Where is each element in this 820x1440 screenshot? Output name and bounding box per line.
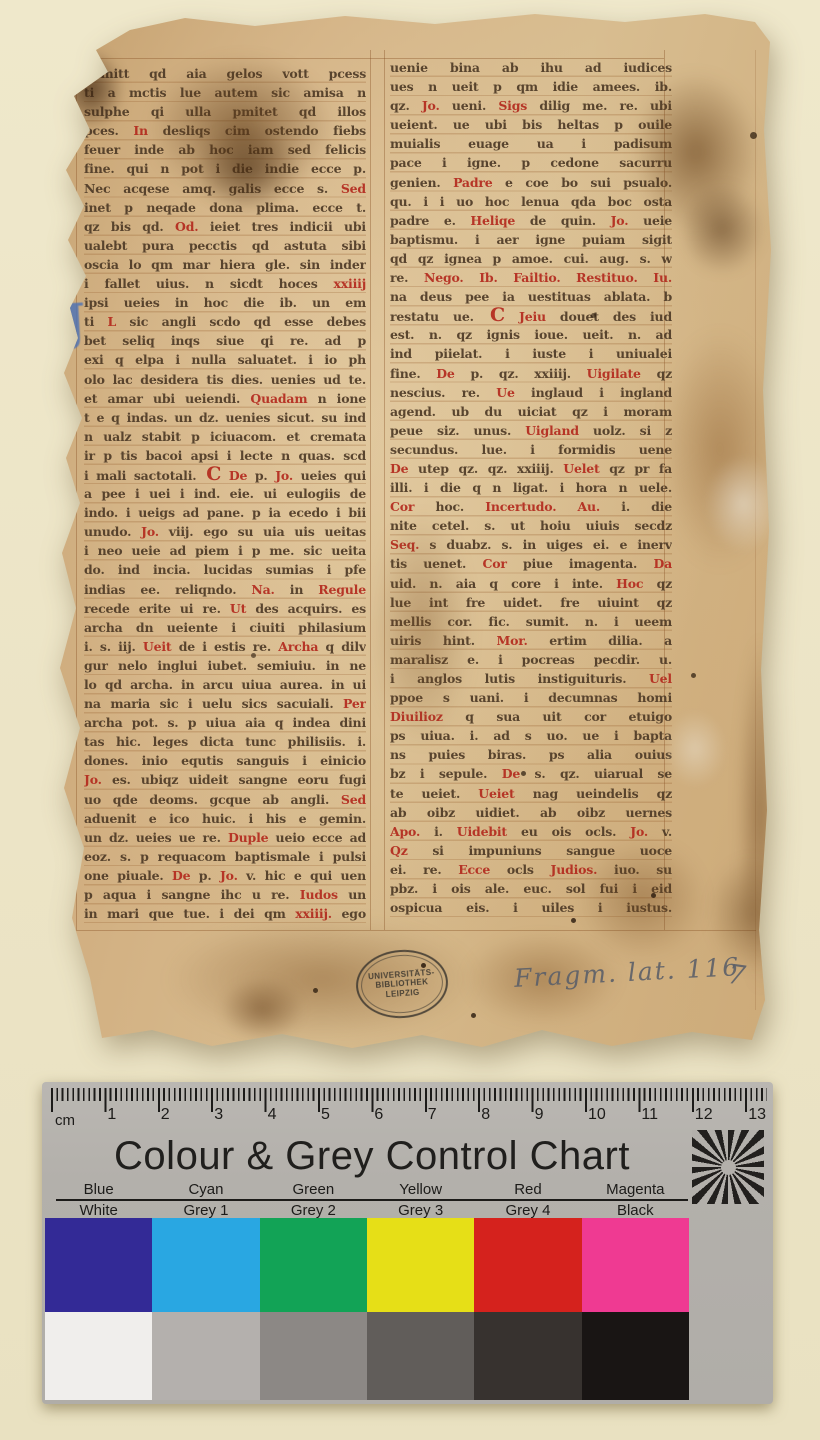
- manuscript-text-line: ab oibz uidiet. ab oibz uernes: [390, 803, 672, 822]
- manuscript-text-line: indo. i ueigs ad pane. p ia ecedo i bii: [84, 503, 366, 522]
- manuscript-text-line: oscia lo qm mar hiera gle. sin inder: [84, 255, 366, 274]
- calibration-swatch: [474, 1312, 581, 1400]
- manuscript-text-line: gur nelo inglui iubet. semiuiu. in ne: [84, 656, 366, 675]
- manuscript-text-line: ti L sic angli scdo qd esse debes: [84, 312, 366, 331]
- manuscript-text-line: agend. ub du uiciat qz i moram: [390, 402, 672, 421]
- manuscript-text-line: est. n. qz ignis ioue. ueit. n. ad: [390, 325, 672, 344]
- manuscript-text-line: ns puies biras. ps alia ouius: [390, 745, 672, 764]
- calibration-swatch: [582, 1218, 689, 1312]
- manuscript-text-line: sulphe qi ulla pmitet qd illos: [84, 102, 366, 121]
- shelfmark-annotation: Fragm. lat. 116: [513, 952, 741, 993]
- stain: [662, 164, 782, 294]
- manuscript-text-line: tis uenet. Cor piue imagenta. Da: [390, 554, 672, 573]
- manuscript-text-line: i. s. iij. Ueit de i estis re. Archa q d…: [84, 637, 366, 656]
- manuscript-text-line: lo qd archa. in arcu uiua aurea. in ui: [84, 675, 366, 694]
- scuff-light: [688, 434, 798, 574]
- manuscript-text-line: Jo. es. ubiqz uideit sangne eoru fugi: [84, 770, 366, 789]
- ruling-line-horizontal: [76, 930, 756, 931]
- manuscript-text-line: genien. Padre e coe bo sui psualo.: [390, 173, 672, 192]
- color-label-row: BlueCyanGreenYellowRedMagenta: [45, 1181, 689, 1198]
- swatch-label: Grey 4: [474, 1202, 581, 1219]
- manuscript-text-line: te ueiet. Ueiet nag ueindelis qz: [390, 784, 672, 803]
- color-swatch-row: [45, 1218, 689, 1312]
- manuscript-text-line: bet seliq inqs siue qi re. ad p: [84, 331, 366, 350]
- manuscript-text-line: Diuilioz q sua uit cor etuigo: [390, 707, 672, 726]
- manuscript-text-line: qz bis qd. Od. ieiet tres indicii ubi: [84, 217, 366, 236]
- manuscript-text-line: fine. De p. qz. xxiiij. Uigilate qz: [390, 364, 672, 383]
- manuscript-text-line: secundus. lue. i formidis uene: [390, 440, 672, 459]
- stain: [202, 964, 322, 1054]
- manuscript-text-line: un dz. ueies ue re. Duple ueio ecce ad: [84, 828, 366, 847]
- calibration-swatch: [152, 1312, 259, 1400]
- manuscript-text-line: qu. i i uo hoc lenua qda boc osta: [390, 192, 672, 211]
- ruler-unit-label: cm: [55, 1112, 75, 1129]
- ruler-number: 5: [321, 1106, 330, 1124]
- manuscript-text-line: muialis euage ua i padisum: [390, 134, 672, 153]
- blue-initial: J: [60, 291, 87, 351]
- manuscript-text-line: Cor hoc. Incertudo. Au. i. die: [390, 497, 672, 516]
- ruler-number: 4: [268, 1106, 277, 1124]
- manuscript-text-line: fine. qui n pot i die indie ecce p.: [84, 159, 366, 178]
- manuscript-text-line: dones. inio equtis sanguis i einicio: [84, 751, 366, 770]
- manuscript-text-line: in mari que tue. i dei qm xxiiij. ego: [84, 904, 366, 923]
- manuscript-text-line: one piuale. De p. Jo. v. hic e qui uen: [84, 866, 366, 885]
- manuscript-text-line: ind piielat. i iuste i uniualei: [390, 344, 672, 363]
- manuscript-text-line: ei. re. Ecce ocls Judios. iuo. su: [390, 860, 672, 879]
- ruling-line-vertical: [370, 50, 371, 930]
- manuscript-text-line: na deus pee ia uestituas ablata. b: [390, 287, 672, 306]
- manuscript-text-line: et amar ubi ueiendi. Quadam n ione: [84, 389, 366, 408]
- calibration-swatch: [45, 1312, 152, 1400]
- manuscript-text-line: ppoe s uani. i decumnas homi: [390, 688, 672, 707]
- ruler-number: 11: [641, 1106, 658, 1124]
- colour-grey-control-chart: cm 12345678910111213 Colour & Grey Contr…: [42, 1082, 773, 1404]
- manuscript-text-line: ipsi ueies in hoc die ib. un em: [84, 293, 366, 312]
- manuscript-text-line: uo qde deoms. gcque ab angli. Sed: [84, 790, 366, 809]
- ruling-line-vertical: [755, 50, 756, 1010]
- manuscript-text-line: i anglos lutis instiguituris. Uel: [390, 669, 672, 688]
- manuscript-text-line: illi. i die q n ligat. i hora n uele.: [390, 478, 672, 497]
- manuscript-text-line: uid. n. aia q core i inte. Hoc qz: [390, 574, 672, 593]
- manuscript-text-line: bz i sepule. De s. qz. uiarual se: [390, 764, 672, 783]
- manuscript-text-line: De utep qz. qz. xxiiij. Uelet qz pr fa: [390, 459, 672, 478]
- swatch-label: White: [45, 1202, 152, 1219]
- siemens-star-icon: [692, 1130, 764, 1204]
- manuscript-text-line: ps uiua. i. ad s uo. ue i bapta: [390, 726, 672, 745]
- manuscript-text-line: unudo. Jo. viij. ego su uia uis ueitas: [84, 522, 366, 541]
- swatch-label: Red: [474, 1181, 581, 1198]
- swatch-label: Grey 3: [367, 1202, 474, 1219]
- manuscript-text-line: i fallet uius. n sicdt hoces xxiiij: [84, 274, 366, 293]
- calibration-swatch: [45, 1218, 152, 1312]
- manuscript-text-line: uiris hint. Mor. ertim dilia. a: [390, 631, 672, 650]
- manuscript-text-line: maralisz e. i pocreas pecdir. u.: [390, 650, 672, 669]
- manuscript-text-line: Qz si impuniuns sangue uoce: [390, 841, 672, 860]
- manuscript-text-line: ualebt pura pecctis qd astuta sibi: [84, 236, 366, 255]
- manuscript-text-line: Apo. i. Uidebit eu ois ocls. Jo. v.: [390, 822, 672, 841]
- manuscript-text-line: baptismu. i aer igne puiam sigit: [390, 230, 672, 249]
- label-separator-line: [56, 1199, 688, 1201]
- ruling-line-vertical: [384, 50, 385, 930]
- ruler-ticks-cm: [51, 1088, 767, 1112]
- stamp-line: UNIVERSITÄTS-: [368, 967, 435, 981]
- manuscript-column-right: uenie bina ab ihu ad iudicesues n ueit p…: [390, 58, 672, 917]
- manuscript-text-line: ueient. ue ubi bis heltas p ouile: [390, 115, 672, 134]
- manuscript-text-line: pces. In desliqs cim ostendo fiebs: [84, 121, 366, 140]
- ruler-number: 8: [481, 1106, 490, 1124]
- calibration-swatch: [367, 1218, 474, 1312]
- swatch-label: Grey 2: [260, 1202, 367, 1219]
- leaf-number-annotation: 7: [726, 959, 747, 992]
- ruler-number: 13: [748, 1106, 766, 1124]
- manuscript-text-line: pbz. i ois ale. euc. sol fui i eid: [390, 879, 672, 898]
- calibration-swatch: [474, 1218, 581, 1312]
- manuscript-text-line: exi q elpa i nulla saluatet. i io ph: [84, 350, 366, 369]
- manuscript-text-line: a pee i uei i ind. eie. ui eulogiis de: [84, 484, 366, 503]
- manuscript-text-line: indias ee. reliqndo. Na. in Regule: [84, 580, 366, 599]
- stamp-line: LEIPZIG: [385, 988, 420, 1000]
- calibration-swatch: [367, 1312, 474, 1400]
- calibration-swatch: [582, 1312, 689, 1400]
- ruler-number: 12: [695, 1106, 713, 1124]
- manuscript-text-line: archa pot. s. p uiua aia q indea dini: [84, 713, 366, 732]
- manuscript-text-line: p aqua i sangne ihc u re. Iudos un: [84, 885, 366, 904]
- parchment-fragment: admitt qd aia gelos vott pcessti a mctis…: [52, 14, 772, 1050]
- ruler-number: 1: [107, 1106, 116, 1124]
- manuscript-column-left: admitt qd aia gelos vott pcessti a mctis…: [84, 64, 366, 923]
- library-stamp: UNIVERSITÄTS- BIBLIOTHEK LEIPZIG: [354, 947, 451, 1021]
- grey-label-row: WhiteGrey 1Grey 2Grey 3Grey 4Black: [45, 1202, 689, 1219]
- swatch-label: Cyan: [152, 1181, 259, 1198]
- stamp-line: BIBLIOTHEK: [375, 977, 428, 990]
- manuscript-text-line: olo lac desidera tis dies. uenies ud te.: [84, 370, 366, 389]
- chart-title: Colour & Grey Control Chart: [52, 1134, 692, 1179]
- ruler-number: 9: [535, 1106, 544, 1124]
- manuscript-text-line: mellis cor. fic. sumit. n. i ueem: [390, 612, 672, 631]
- parchment-surface: admitt qd aia gelos vott pcessti a mctis…: [52, 14, 772, 1050]
- manuscript-text-line: inet p neqade dona plima. ecce t.: [84, 198, 366, 217]
- ink-specks: [52, 14, 55, 17]
- manuscript-text-line: re. Nego. Ib. Failtio. Restituo. Iu.: [390, 268, 672, 287]
- manuscript-text-line: i mali sactotali. C De p. Jo. ueies qui: [84, 465, 366, 484]
- manuscript-text-line: i neo ueie ad piem i p me. sic ueita: [84, 541, 366, 560]
- manuscript-text-line: eoz. s. p requacom baptismale i pulsi: [84, 847, 366, 866]
- manuscript-text-line: qd qz ignea p amoe. cui. aug. s. w: [390, 249, 672, 268]
- manuscript-text-line: peue siz. unus. Uigland uolz. si z: [390, 421, 672, 440]
- calibration-swatch: [152, 1218, 259, 1312]
- manuscript-text-line: t e q indas. un dz. uenies sicut. su ind: [84, 408, 366, 427]
- manuscript-text-line: feuer inde ab hoc iam sed felicis: [84, 140, 366, 159]
- manuscript-text-line: Seq. s duabz. s. in uiges ei. e inerv: [390, 535, 672, 554]
- manuscript-text-line: ospicua eis. i uiles i iustus.: [390, 898, 672, 917]
- manuscript-text-line: ues n ueit p qm idie amees. ib.: [390, 77, 672, 96]
- swatch-label: Grey 1: [152, 1202, 259, 1219]
- manuscript-text-line: nite cetel. s. ut hoiu uiuis secdz: [390, 516, 672, 535]
- manuscript-text-line: uenie bina ab ihu ad iudices: [390, 58, 672, 77]
- manuscript-text-line: aduenit e ico huic. i his e gemin.: [84, 809, 366, 828]
- manuscript-text-line: recede erite ui re. Ut des acquirs. es: [84, 599, 366, 618]
- ruler-number: 10: [588, 1106, 606, 1124]
- ruler-number: 7: [428, 1106, 437, 1124]
- manuscript-text-line: ti a mctis lue autem sic amisa n: [84, 83, 366, 102]
- manuscript-text-line: qz. Jo. ueni. Sigs dilig me. re. ubi: [390, 96, 672, 115]
- manuscript-text-line: padre e. Heliqe de quin. Jo. ueie: [390, 211, 672, 230]
- swatch-label: Black: [582, 1202, 689, 1219]
- ruling-line-vertical: [76, 50, 77, 930]
- grey-swatch-row: [45, 1312, 689, 1400]
- calibration-swatch: [260, 1218, 367, 1312]
- digitized-manuscript-photo: { "manuscript": { "stamp": { "lines": ["…: [0, 0, 820, 1440]
- calibration-swatch: [260, 1312, 367, 1400]
- manuscript-text-line: na maria sic i uelu sics sacuiali. Per: [84, 694, 366, 713]
- ruler-number: 2: [161, 1106, 170, 1124]
- manuscript-text-line: n ualz stabit p iciuacom. et cremata: [84, 427, 366, 446]
- manuscript-text-line: lue int fre uidet. fre uiuint qz: [390, 593, 672, 612]
- ruler-number: 3: [214, 1106, 223, 1124]
- manuscript-text-line: nescius. re. Ue inglaud i ingland: [390, 383, 672, 402]
- manuscript-text-line: restatu ue. C Jeiu douet des iud: [390, 306, 672, 325]
- manuscript-text-line: pace i igne. p cedone sacurru: [390, 153, 672, 172]
- manuscript-text-line: Nec acqese amq. galis ecce s. Sed: [84, 179, 366, 198]
- manuscript-text-line: admitt qd aia gelos vott pcess: [84, 64, 366, 83]
- manuscript-text-line: ir p tis bacoi apsi i lecte n quas. scd: [84, 446, 366, 465]
- manuscript-text-line: do. ind incia. lucidas sumias i pfe: [84, 560, 366, 579]
- ruler-number: 6: [374, 1106, 383, 1124]
- swatch-label: Yellow: [367, 1181, 474, 1198]
- swatch-label: Magenta: [582, 1181, 689, 1198]
- manuscript-text-line: archa dn ueiente i ciuiti philasium: [84, 618, 366, 637]
- manuscript-text-line: tas hic. leges dicta tunc philisiis. i.: [84, 732, 366, 751]
- swatch-label: Blue: [45, 1181, 152, 1198]
- swatch-label: Green: [260, 1181, 367, 1198]
